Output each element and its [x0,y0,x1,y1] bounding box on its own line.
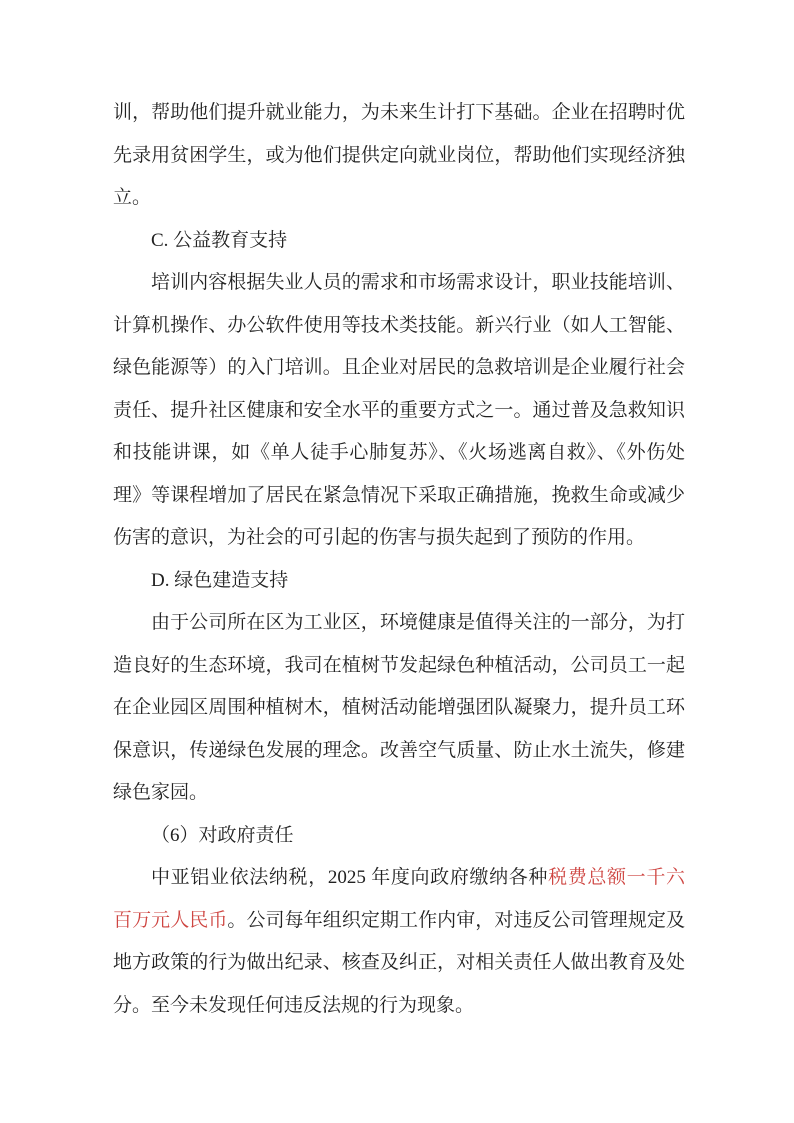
page-content: 训，帮助他们提升就业能力，为未来生计打下基础。企业在招聘时优先录用贫困学生，或为… [113,92,685,1027]
paragraph-government-responsibility: 中亚铝业依法纳税，2025 年度向政府缴纳各种税费总额一千六百万元人民币。公司每… [113,857,685,1027]
government-text-before-highlight: 中亚铝业依法纳税，2025 年度向政府缴纳各种 [151,867,548,888]
paragraph-public-education-support: 培训内容根据失业人员的需求和市场需求设计，职业技能培训、计算机操作、办公软件使用… [113,262,685,560]
document-page: 训，帮助他们提升就业能力，为未来生计打下基础。企业在招聘时优先录用贫困学生，或为… [0,0,794,1123]
heading-public-education-support: C. 公益教育支持 [113,220,685,263]
paragraph-green-construction-support: 由于公司所在区为工业区，环境健康是值得关注的一部分，为打造良好的生态环境，我司在… [113,602,685,815]
heading-government-responsibility: （6）对政府责任 [113,815,685,858]
heading-green-construction-support: D. 绿色建造支持 [113,560,685,603]
paragraph-employment-support: 训，帮助他们提升就业能力，为未来生计打下基础。企业在招聘时优先录用贫困学生，或为… [113,92,685,220]
